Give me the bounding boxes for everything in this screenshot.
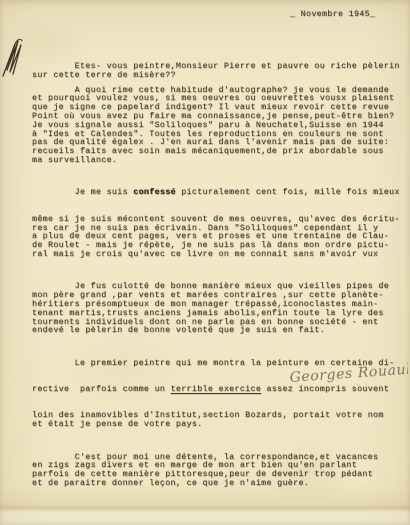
paragraph-4: Je fus culotté de bonne manière mieux qu… xyxy=(32,283,400,336)
line-text: rective parfois comme un xyxy=(32,385,171,394)
line-text: picturalement cent fois, mille fois mieu… xyxy=(176,188,400,197)
letter-date: _ Novembre 1945_ xyxy=(290,11,375,20)
typed-lines: même si je suis mécontent souvent de mes… xyxy=(32,216,400,260)
ink-paraph-scribble xyxy=(0,36,26,82)
signature-georges-rouault: Georges Rouault xyxy=(288,360,408,394)
signature-text: Georges Rouault xyxy=(289,361,408,386)
typed-lines: loin des inamovibles d'Institut,section … xyxy=(32,412,400,430)
underlined-phrase: terrible exercice xyxy=(171,385,262,394)
line-text: Je me suis xyxy=(32,188,133,197)
paragraph-3: Je me suis confessé picturalement cent f… xyxy=(32,172,400,278)
letter-body: Etes- vous peintre,Monsieur Pierre et pa… xyxy=(32,63,400,495)
paragraph-5: Le premier peintre qui me montra la pein… xyxy=(32,342,400,448)
overstruck-word: confessé xyxy=(133,188,176,197)
paragraph-2: A quoi rime cette habitude d'autographe?… xyxy=(32,87,400,166)
typed-line: Je me suis confessé picturalement cent f… xyxy=(32,189,400,198)
paragraph-6: C'est pour moi une détente, la correspon… xyxy=(32,454,400,489)
paragraph-1: Etes- vous peintre,Monsieur Pierre et pa… xyxy=(32,63,400,81)
letter-page: _ Novembre 1945_ Etes- vous peintre,Mons… xyxy=(0,0,410,525)
